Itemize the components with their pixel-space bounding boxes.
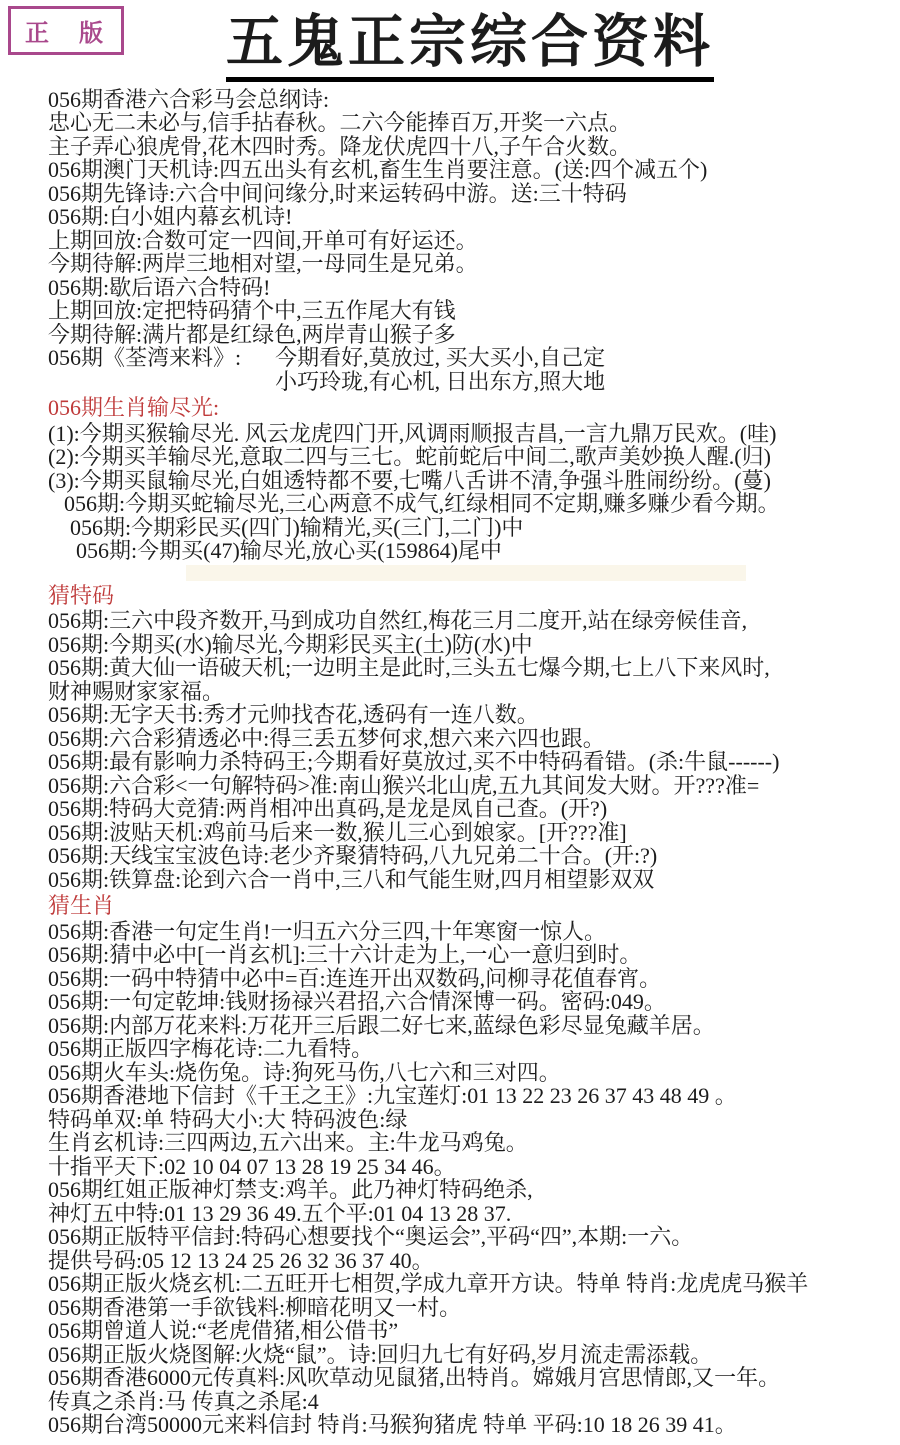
text-line: 忠心无二未必与,信手拈春秋。二六今能捧百万,开奖一六点。 <box>48 111 896 135</box>
spacer-row <box>48 563 896 581</box>
text-line: 056期:今期彩民买(四门)输精光,买(三门,二门)中 <box>70 516 896 540</box>
text-line: 小巧玲珑,有心机, 日出东方,照大地 <box>275 370 605 394</box>
text-line: 056期正版火烧图解:火烧“鼠”。诗:回归九七有好码,岁月流走需添载。 <box>48 1343 896 1367</box>
page-title: 五鬼正宗综合资料 <box>226 10 714 82</box>
text-line: 056期:六合彩猜透必中:得三丢五梦何求,想六来六四也跟。 <box>48 727 896 751</box>
text-line: 056期香港六合彩马会总纲诗: <box>48 88 896 112</box>
text-line: 十指平天下:02 10 04 07 13 28 19 25 34 46。 <box>48 1155 896 1179</box>
text-line: 主子弄心狼虎骨,花木四时秀。降龙伏虎四十八,子午合火数。 <box>48 135 896 159</box>
text-line: 056期:最有影响力杀特码王;今期看好莫放过,买不中特码看错。(杀:牛鼠----… <box>48 750 896 774</box>
text-line: 056期正版四字梅花诗:二九看特。 <box>48 1037 896 1061</box>
text-line: 056期:白小姐内幕玄机诗! <box>48 205 896 229</box>
text-line: (3):今期买鼠输尽光,白姐透特都不要,七嘴八舌讲不清,争强斗胜闹纷纷。(蔓) <box>48 469 896 493</box>
text-line: 财神赐财家家福。 <box>48 680 896 704</box>
text-line: 056期:波贴天机:鸡前马后来一数,猴儿三心到娘家。[开???准] <box>48 821 896 845</box>
text-line: 056期:天线宝宝波色诗:老少齐聚猜特码,八九兄弟二十合。(开:?) <box>48 844 896 868</box>
text-line: 056期香港第一手欲钱料:柳暗花明又一村。 <box>48 1296 896 1320</box>
text-line: 056期:香港一句定生肖!一归五六分三四,十年寒窗一惊人。 <box>48 920 896 944</box>
text-line: 今期看好,莫放过, 买大买小,自己定 <box>275 346 605 370</box>
text-line: 056期:六合彩<一句解特码>准:南山猴兴北山虎,五九其间发大财。开???准= <box>48 774 896 798</box>
text-line: 提供号码:05 12 13 24 25 26 32 36 37 40。 <box>48 1249 896 1273</box>
section-header: 猜特码 <box>48 584 896 608</box>
text-line: 今期待解:满片都是红绿色,两岸青山猴子多 <box>48 323 896 347</box>
text-line: 056期香港6000元传真料:风吹草动见鼠猪,出特肖。嫦娥月宫思情郎,又一年。 <box>48 1366 896 1390</box>
text-line: 056期:三六中段齐数开,马到成功自然红,梅花三月二度开,站在绿旁候佳音, <box>48 609 896 633</box>
text-line: 056期:今期买(水)输尽光,今期彩民买主(土)防(水)中 <box>48 633 896 657</box>
text-line: 056期:铁算盘:论到六合一肖中,三八和气能生财,四月相望影双双 <box>48 868 896 892</box>
text-line: 056期:无字天书:秀才元帅找杏花,透码有一连八数。 <box>48 703 896 727</box>
text-line: 生肖玄机诗:三四两边,五六出来。主:牛龙马鸡兔。 <box>48 1131 896 1155</box>
text-line: 056期:内部万花来料:万花开三后跟二好七来,蓝绿色彩尽显兔藏羊居。 <box>48 1014 896 1038</box>
text-line: 056期先锋诗:六合中间问缘分,时来运转码中游。送:三十特码 <box>48 182 896 206</box>
text-line: 056期:今期买(47)输尽光,放心买(159864)尾中 <box>76 539 896 563</box>
text-line-label: 056期《荃湾来料》: <box>48 346 241 370</box>
section-header: 056期生肖输尽光: <box>48 396 896 420</box>
text-line: 056期:特码大竞猜:两肖相冲出真码,是龙是凤自己查。(开?) <box>48 797 896 821</box>
text-content: 056期香港六合彩马会总纲诗:忠心无二未必与,信手拈春秋。二六今能捧百万,开奖一… <box>0 88 900 1437</box>
text-line: 今期待解:两岸三地相对望,一母同生是兄弟。 <box>48 252 896 276</box>
text-line: 上期回放:定把特码猜个中,三五作尾大有钱 <box>48 299 896 323</box>
authentic-badge: 正 版 <box>8 6 124 55</box>
text-line: 056期《荃湾来料》:今期看好,莫放过, 买大买小,自己定小巧玲珑,有心机, 日… <box>48 346 896 393</box>
text-line: 056期:猜中必中[一肖玄机]:三十六计走为上,一心一意归到时。 <box>48 943 896 967</box>
text-line: 056期香港地下信封《千王之王》:九宝莲灯:01 13 22 23 26 37 … <box>48 1084 896 1108</box>
text-line: 056期澳门天机诗:四五出头有玄机,畜生生肖要注意。(送:四个减五个) <box>48 158 896 182</box>
text-line: 056期正版特平信封:特码心想要找个“奥运会”,平码“四”,本期:一六。 <box>48 1225 896 1249</box>
text-line: (2):今期买羊输尽光,意取二四与三七。蛇前蛇后中间二,歌声美妙换人醒.(归) <box>48 445 896 469</box>
text-line: 传真之杀肖:马 传真之杀尾:4 <box>48 1390 896 1414</box>
text-line: 056期火车头:烧伤兔。诗:狗死马伤,八七六和三对四。 <box>48 1061 896 1085</box>
text-line: 特码单双:单 特码大小:大 特码波色:绿 <box>48 1108 896 1132</box>
text-line: 神灯五中特:01 13 29 36 49.五个平:01 04 13 28 37. <box>48 1202 896 1226</box>
text-line: 056期:黄大仙一语破天机;一边明主是此时,三头五七爆今期,七上八下来风时, <box>48 656 896 680</box>
text-line: 056期曾道人说:“老虎借猪,相公借书” <box>48 1319 896 1343</box>
text-line: 056期:一码中特猜中必中=百:连连开出双数码,问柳寻花值春宵。 <box>48 967 896 991</box>
lottery-info-sheet: 正 版 五鬼正宗综合资料 056期香港六合彩马会总纲诗:忠心无二未必与,信手拈春… <box>0 0 900 1445</box>
highlight-band <box>186 565 746 581</box>
text-line-right-block: 今期看好,莫放过, 买大买小,自己定小巧玲珑,有心机, 日出东方,照大地 <box>275 346 605 393</box>
text-line: 056期:今期买蛇输尽光,三心两意不成气,红绿相同不定期,赚多赚少看今期。 <box>64 492 896 516</box>
text-line: 上期回放:合数可定一四间,开单可有好运还。 <box>48 229 896 253</box>
text-line: 056期:一句定乾坤:钱财扬禄兴君招,六合情深博一码。密码:049。 <box>48 990 896 1014</box>
text-line: 056期红姐正版神灯禁支:鸡羊。此乃神灯特码绝杀, <box>48 1178 896 1202</box>
text-line: (1):今期买猴输尽光. 风云龙虎四门开,风调雨顺报吉昌,一言九鼎万民欢。(哇) <box>48 422 896 446</box>
title-area: 五鬼正宗综合资料 <box>0 0 900 82</box>
text-line: 056期台湾50000元来料信封 特肖:马猴狗猪虎 特单 平码:10 18 26… <box>48 1413 896 1437</box>
section-header: 猜生肖 <box>48 894 896 918</box>
text-line: 056期正版火烧玄机:二五旺开七相贺,学成九章开方诀。特单 特肖:龙虎虎马猴羊 <box>48 1272 896 1296</box>
text-line: 056期:歇后语六合特码! <box>48 276 896 300</box>
